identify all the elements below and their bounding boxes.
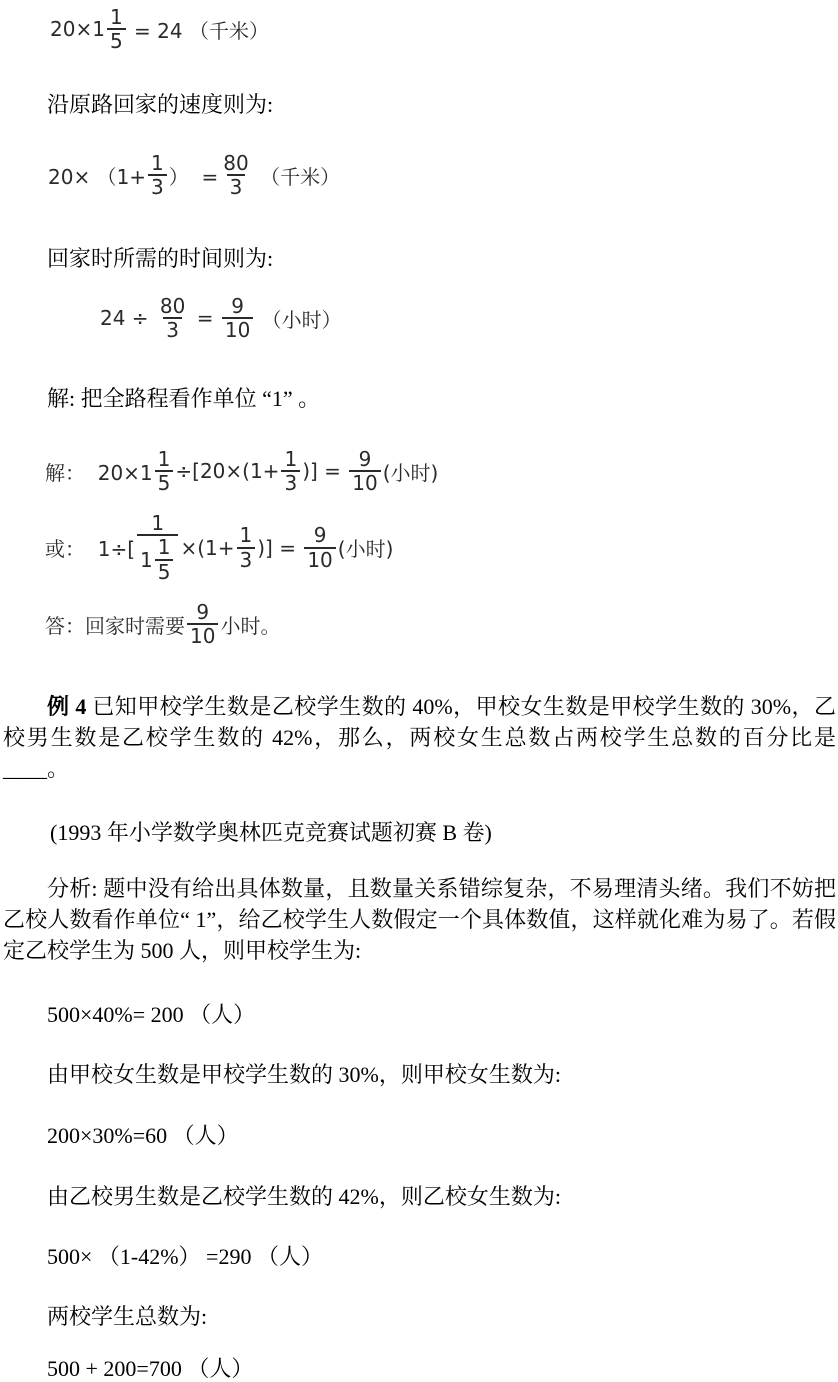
equation-answer: 答：回家时需要910小时。: [45, 601, 280, 648]
girls-a-intro-line: 由甲校女生数是甲校学生数的 30%，则甲校女生数为:: [47, 1058, 561, 1089]
equation-return-time: 24 ÷ 803 = 910 （小时）: [100, 295, 342, 342]
calc-500x-1-42-line: 500× （1-42%） =290 （人）: [47, 1240, 323, 1271]
source-line: (1993 年小学数学奥林匹克竞赛试题初赛 B 卷): [50, 816, 492, 847]
unit-note-line: 解: 把全路程看作单位 “1” 。: [47, 382, 320, 413]
example4-label: 例 4: [47, 694, 86, 719]
analysis-paragraph: 分析: 题中没有给出具体数量，且数量关系错综复杂，不易理清头绪。我们不妨把乙校人…: [3, 873, 836, 966]
calc-200x30-line: 200×30%=60 （人）: [47, 1119, 239, 1150]
equation-return-speed: 20× （1+13） =803 （千米）: [48, 152, 340, 199]
example4-text: 已知甲校学生数是乙校学生数的 40%，甲校女生数是甲校学生数的 30%，乙校男生…: [3, 694, 836, 781]
time-intro-line: 回家时所需的时间则为:: [47, 242, 273, 273]
calc-500x40-line: 500×40%= 200 （人）: [47, 998, 255, 1029]
girls-b-intro-line: 由乙校男生数是乙校学生数的 42%，则乙校女生数为:: [47, 1180, 561, 1211]
calc-500plus200-line: 500 + 200=700 （人）: [47, 1352, 253, 1382]
equation-distance: 20×115 = 24 （千米）: [50, 6, 269, 53]
example4-paragraph: 例 4 已知甲校学生数是乙校学生数的 40%，甲校女生数是甲校学生数的 30%，…: [3, 691, 836, 784]
equation-solution-2: 或： 1÷[1115×(1+13)] = 910(小时): [45, 512, 393, 583]
document-page: 20×115 = 24 （千米） 沿原路回家的速度则为: 20× （1+13） …: [0, 0, 838, 1382]
total-intro-line: 两校学生总数为:: [47, 1300, 207, 1331]
speed-intro-line: 沿原路回家的速度则为:: [47, 88, 273, 119]
equation-solution-1: 解： 20×115÷[20×(1+13)] = 910(小时): [45, 448, 438, 495]
